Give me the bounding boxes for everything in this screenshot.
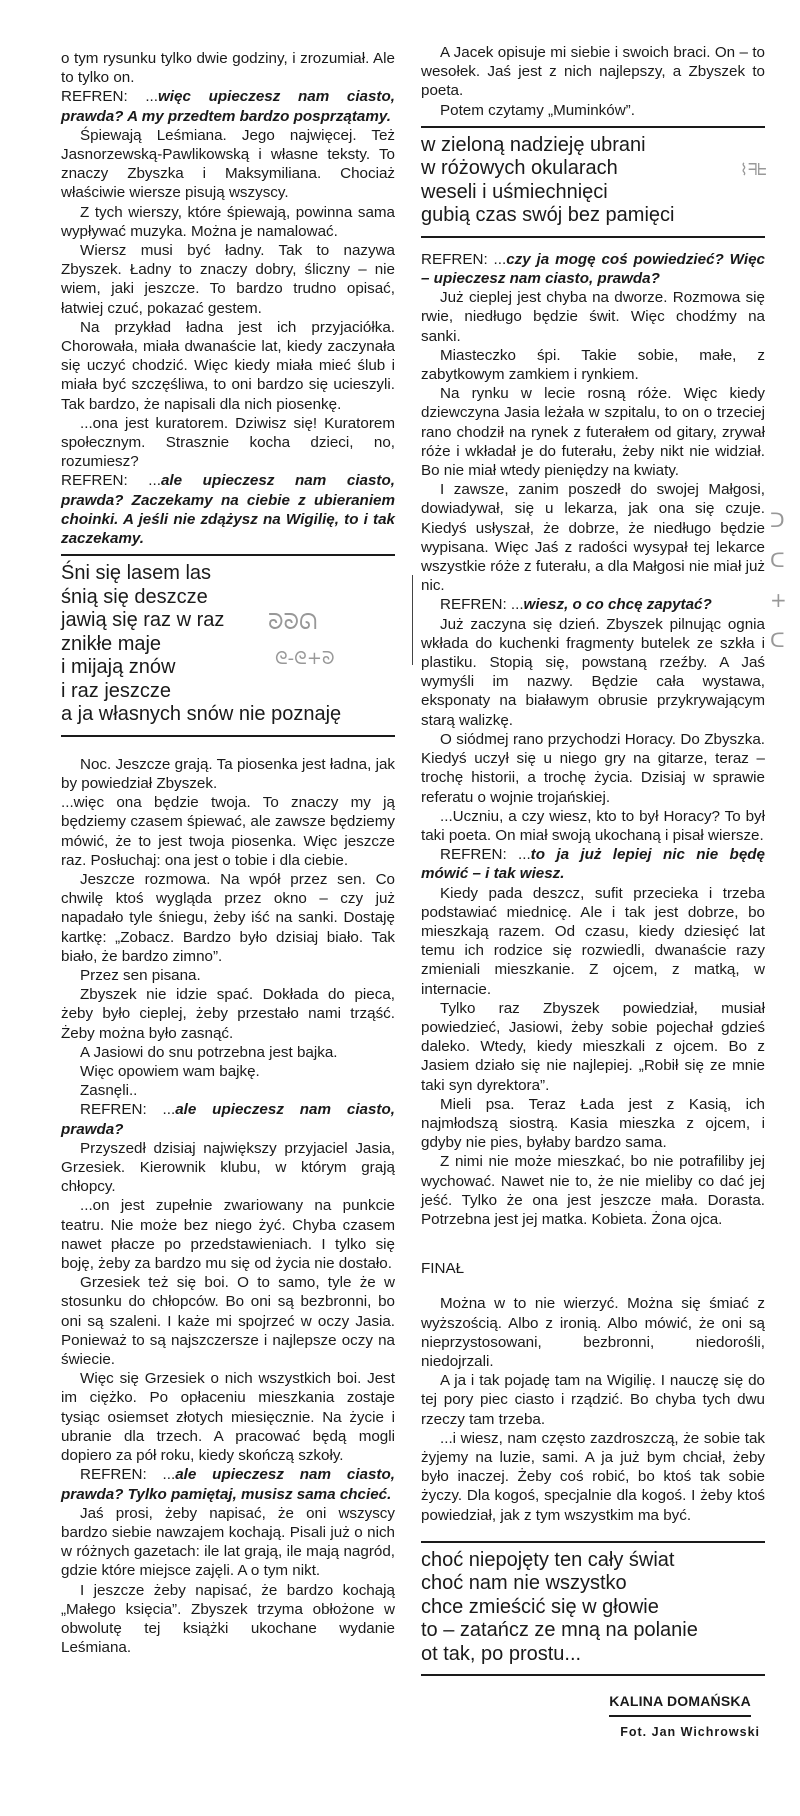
poem-line: i raz jeszcze bbox=[61, 680, 395, 704]
divider bbox=[61, 735, 395, 737]
refrain-label: REFREN: ... bbox=[80, 1466, 175, 1483]
paragraph: Można w to nie wierzyć. Można się śmiać … bbox=[421, 1294, 765, 1371]
divider bbox=[421, 236, 765, 238]
paragraph: I zawsze, zanim poszedł do swojej Małgos… bbox=[421, 480, 765, 595]
paragraph: Już cieplej jest chyba na dworze. Rozmow… bbox=[421, 288, 765, 346]
poem-line: ot tak, po prostu... bbox=[421, 1643, 765, 1667]
paragraph: Przez sen pisana. bbox=[61, 966, 395, 985]
paragraph: Z nimi nie może mieszkać, bo nie potrafi… bbox=[421, 1152, 765, 1229]
refrain-text: wiesz, o co chcę zapytać? bbox=[524, 596, 712, 613]
refrain: REFREN: ...ale upieczesz nam ciasto, pra… bbox=[61, 1100, 395, 1138]
paragraph: Już zaczyna się dzień. Zbyszek pilnując … bbox=[421, 615, 765, 730]
poem-line: gubią czas swój bez pamięci bbox=[421, 204, 765, 228]
poem-line: to – zatańcz ze mną na polanie bbox=[421, 1619, 765, 1643]
poem-line: w zieloną nadzieję ubrani bbox=[421, 134, 765, 158]
paragraph: ...i wiesz, nam często zazdroszczą, że s… bbox=[421, 1429, 765, 1525]
poem-line: i mijają znów bbox=[61, 656, 395, 680]
paragraph: ...Uczniu, a czy wiesz, kto to był Horac… bbox=[421, 807, 765, 845]
poem-line: a ja własnych snów nie poznaję bbox=[61, 703, 395, 727]
refrain: REFREN: ...czy ja mogę coś powiedzieć? W… bbox=[421, 250, 765, 288]
author-name: KALINA DOMAŃSKA bbox=[609, 1692, 751, 1716]
poem-stanza-2: w zieloną nadzieję ubraniw różowych okul… bbox=[421, 134, 765, 228]
paragraph: ...on jest zupełnie zwariowany na punkci… bbox=[61, 1196, 395, 1273]
paragraph: ...ona jest kuratorem. Dziwisz się! Kura… bbox=[61, 414, 395, 472]
paragraph: I jeszcze żeby napisać, że bardzo kochaj… bbox=[61, 1581, 395, 1658]
poem-line: znikłe maje bbox=[61, 633, 395, 657]
refrain-label: REFREN: ... bbox=[80, 1101, 175, 1118]
paragraph: A ja i tak pojadę tam na Wigilię. I nauc… bbox=[421, 1371, 765, 1429]
poem-line: choć niepojęty ten cały świat bbox=[421, 1549, 765, 1573]
paragraph: Tylko raz Zbyszek powiedział, musiał pow… bbox=[421, 999, 765, 1095]
paragraph: Na rynku w lecie rosną róże. Więc kiedy … bbox=[421, 384, 765, 480]
poem-line: jawią się raz w raz bbox=[61, 609, 395, 633]
paragraph: O siódmej rano przychodzi Horacy. Do Zby… bbox=[421, 730, 765, 807]
handwritten-scribble: ᘓ-ᘓ+ᘐ bbox=[275, 648, 335, 669]
paragraph: Mieli psa. Teraz Łada jest z Kasią, ich … bbox=[421, 1095, 765, 1153]
poem-stanza-3: choć niepojęty ten cały światchoć nam ni… bbox=[421, 1549, 765, 1667]
refrain: REFREN: ...to ja już lepiej nic nie będę… bbox=[421, 845, 765, 883]
refrain: REFREN: ...więc upieczesz nam ciasto, pr… bbox=[61, 87, 395, 125]
divider bbox=[61, 554, 395, 556]
paragraph: o tym rysunku tylko dwie godziny, i zroz… bbox=[61, 49, 395, 87]
refrain-label: REFREN: ... bbox=[440, 596, 524, 613]
paragraph: Jaś prosi, żeby napisać, że oni wszyscy … bbox=[61, 1504, 395, 1581]
handwritten-scribble: ⌇ᖷᖶ bbox=[740, 160, 767, 180]
paragraph: A Jacek opisuje mi siebie i swoich braci… bbox=[421, 43, 765, 101]
photo-credit: Fot. Jan Wichrowski bbox=[421, 1723, 765, 1742]
paragraph: Zasnęli.. bbox=[61, 1081, 395, 1100]
right-blocks-3: Można w to nie wierzyć. Można się śmiać … bbox=[421, 1294, 765, 1524]
poem-line: w różowych okularach bbox=[421, 157, 765, 181]
paragraph: ...więc ona będzie twoja. To znaczy my j… bbox=[61, 793, 395, 870]
refrain-label: REFREN: ... bbox=[61, 88, 158, 105]
left-column: o tym rysunku tylko dwie godziny, i zroz… bbox=[61, 49, 395, 1657]
poem-line: weseli i uśmiechnięci bbox=[421, 181, 765, 205]
poem-line: choć nam nie wszystko bbox=[421, 1572, 765, 1596]
paragraph: Noc. Jeszcze grają. Ta piosenka jest ład… bbox=[61, 755, 395, 793]
refrain-label: REFREN: ... bbox=[421, 251, 506, 268]
paragraph: Grzesiek też się boi. O to samo, tyle że… bbox=[61, 1273, 395, 1369]
right-column: A Jacek opisuje mi siebie i swoich braci… bbox=[421, 43, 765, 1742]
handwritten-scribble: ᑐᑕ+ᑕ bbox=[770, 500, 787, 660]
poem-stanza-1: Śni się lasem lasśnią się deszczejawią s… bbox=[61, 562, 395, 727]
paragraph: Wiersz musi być ładny. Tak to nazywa Zby… bbox=[61, 241, 395, 318]
poem-line: śnią się deszcze bbox=[61, 586, 395, 610]
paragraph: Z tych wierszy, które śpiewają, powinna … bbox=[61, 203, 395, 241]
paragraph: Na przykład ładna jest ich przyjaciółka.… bbox=[61, 318, 395, 414]
paragraph: Przyszedł dzisiaj największy przyjaciel … bbox=[61, 1139, 395, 1197]
paragraph: A Jasiowi do snu potrzebna jest bajka. bbox=[61, 1043, 395, 1062]
handwritten-scribble: ᘐᘐᘏ bbox=[268, 610, 317, 635]
divider bbox=[421, 1541, 765, 1543]
section-heading-final: FINAŁ bbox=[421, 1259, 765, 1278]
poem-line: Śni się lasem las bbox=[61, 562, 395, 586]
signature: KALINA DOMAŃSKA bbox=[421, 1692, 765, 1716]
paragraph: Zbyszek nie idzie spać. Dokłada do pieca… bbox=[61, 985, 395, 1043]
refrain-label: REFREN: ... bbox=[61, 472, 161, 489]
divider bbox=[421, 1674, 765, 1676]
right-blocks-2: REFREN: ...czy ja mogę coś powiedzieć? W… bbox=[421, 250, 765, 1229]
left-blocks-1: o tym rysunku tylko dwie godziny, i zroz… bbox=[61, 49, 395, 548]
paragraph: Miasteczko śpi. Takie sobie, małe, z zab… bbox=[421, 346, 765, 384]
refrain: REFREN: ...ale upieczesz nam ciasto, pra… bbox=[61, 1465, 395, 1503]
divider bbox=[421, 126, 765, 128]
refrain: REFREN: ...wiesz, o co chcę zapytać? bbox=[421, 595, 765, 614]
refrain: REFREN: ...ale upieczesz nam ciasto, pra… bbox=[61, 471, 395, 548]
right-blocks-1: A Jacek opisuje mi siebie i swoich braci… bbox=[421, 43, 765, 120]
refrain-label: REFREN: ... bbox=[440, 846, 531, 863]
paragraph: Więc się Grzesiek o nich wszystkich boi.… bbox=[61, 1369, 395, 1465]
paragraph: Więc opowiem wam bajkę. bbox=[61, 1062, 395, 1081]
paragraph: Śpiewają Leśmiana. Jego najwięcej. Też J… bbox=[61, 126, 395, 203]
poem-line: chce zmieścić się w głowie bbox=[421, 1596, 765, 1620]
paragraph: Kiedy pada deszcz, sufit przecieka i trz… bbox=[421, 884, 765, 999]
left-blocks-2: Noc. Jeszcze grają. Ta piosenka jest ład… bbox=[61, 755, 395, 1658]
paragraph: Potem czytamy „Muminków”. bbox=[421, 101, 765, 120]
paragraph: Jeszcze rozmowa. Na wpół przez sen. Co c… bbox=[61, 870, 395, 966]
pen-mark-line bbox=[412, 575, 413, 665]
